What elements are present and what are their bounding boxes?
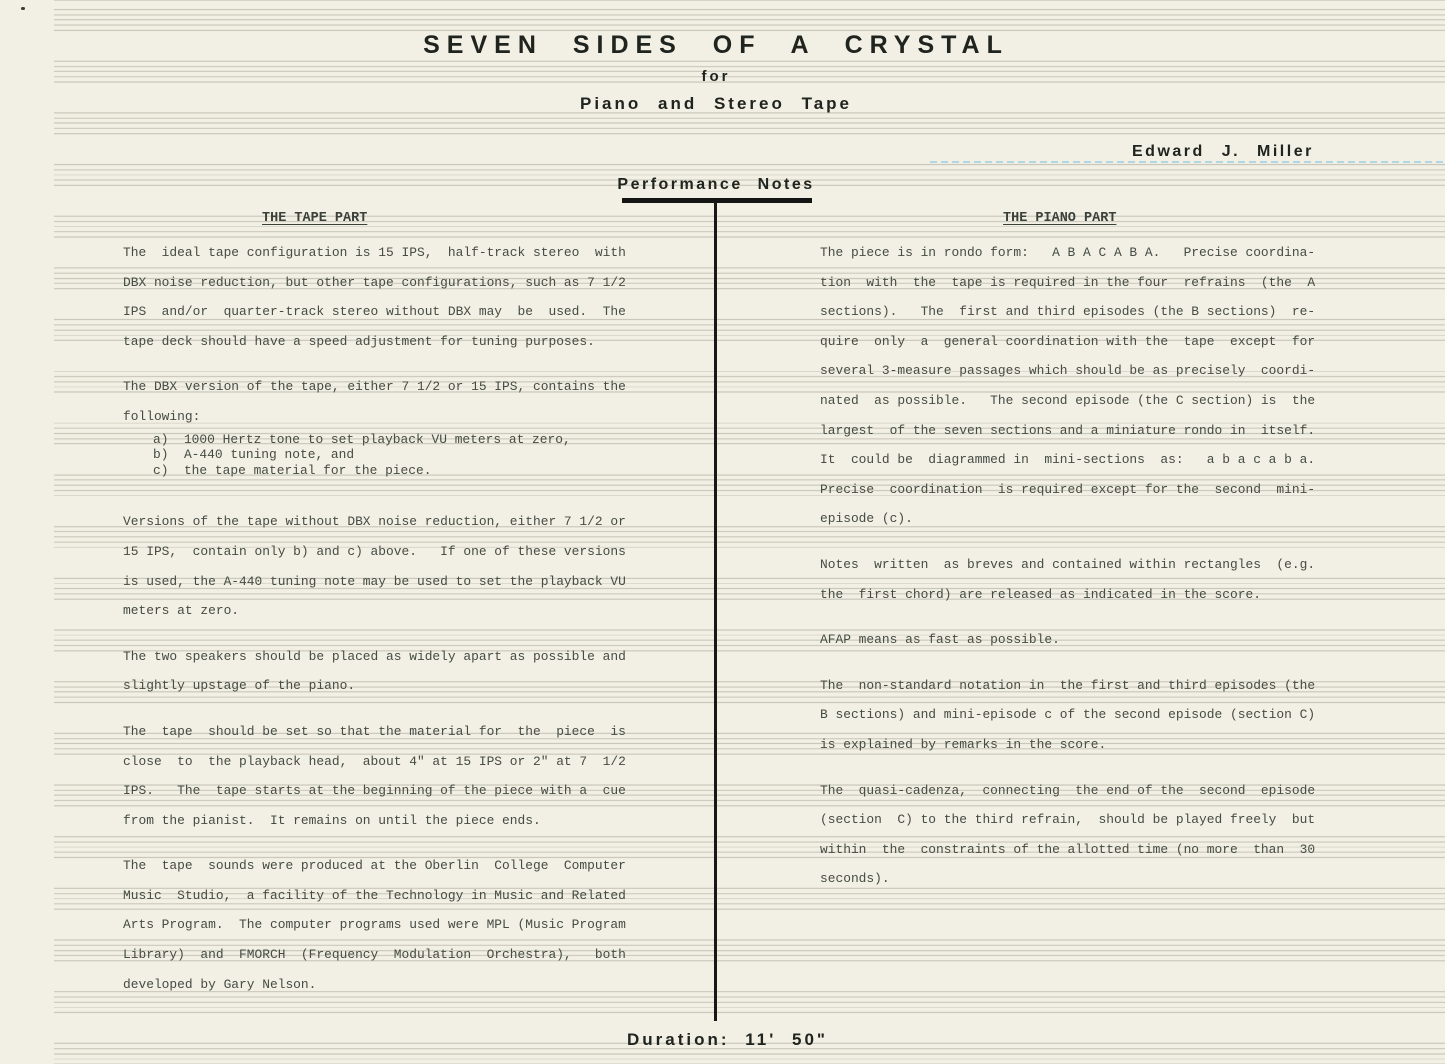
tape-paragraph-1: The ideal tape configuration is 15 IPS, … — [123, 238, 625, 356]
tape-contents-list: a) 1000 Hertz tone to set playback VU me… — [123, 432, 625, 479]
piano-part-heading: THE PIANO PART — [1003, 211, 1116, 226]
duration-label: Duration: 11' 50" — [627, 1030, 828, 1050]
instrumentation-subtitle: Piano and Stereo Tape — [0, 94, 1432, 114]
performance-notes-heading: Performance Notes — [0, 176, 1432, 194]
piano-paragraph-5: The quasi-cadenza, connecting the end of… — [820, 776, 1314, 894]
piece-title: SEVEN SIDES OF A CRYSTAL — [0, 31, 1432, 60]
score-performance-notes-page: SEVEN SIDES OF A CRYSTAL for Piano and S… — [0, 0, 1445, 1064]
tape-part-column: THE TAPE PART The ideal tape configurati… — [123, 208, 625, 1015]
piano-part-column: THE PIANO PART The piece is in rondo for… — [820, 208, 1314, 910]
tape-paragraph-3: Versions of the tape without DBX noise r… — [123, 507, 625, 625]
column-divider-rule — [714, 201, 717, 1021]
performance-notes-underline — [622, 198, 812, 203]
piano-paragraph-2: Notes written as breves and contained wi… — [820, 550, 1314, 609]
tape-paragraph-5: The tape should be set so that the mater… — [123, 717, 625, 835]
composer-name: Edward J. Miller — [1132, 143, 1314, 161]
tape-part-heading: THE TAPE PART — [262, 211, 367, 226]
scan-speck — [21, 7, 25, 10]
blue-dashed-rule — [930, 161, 1445, 163]
piano-paragraph-4: The non-standard notation in the first a… — [820, 671, 1314, 760]
piano-paragraph-3: AFAP means as fast as possible. — [820, 625, 1314, 655]
tape-paragraph-4: The two speakers should be placed as wid… — [123, 642, 625, 701]
title-for-label: for — [0, 68, 1432, 85]
tape-paragraph-2: The DBX version of the tape, either 7 1/… — [123, 372, 625, 431]
piano-paragraph-1: The piece is in rondo form: A B A C A B … — [820, 238, 1314, 534]
tape-paragraph-6: The tape sounds were produced at the Obe… — [123, 851, 625, 999]
